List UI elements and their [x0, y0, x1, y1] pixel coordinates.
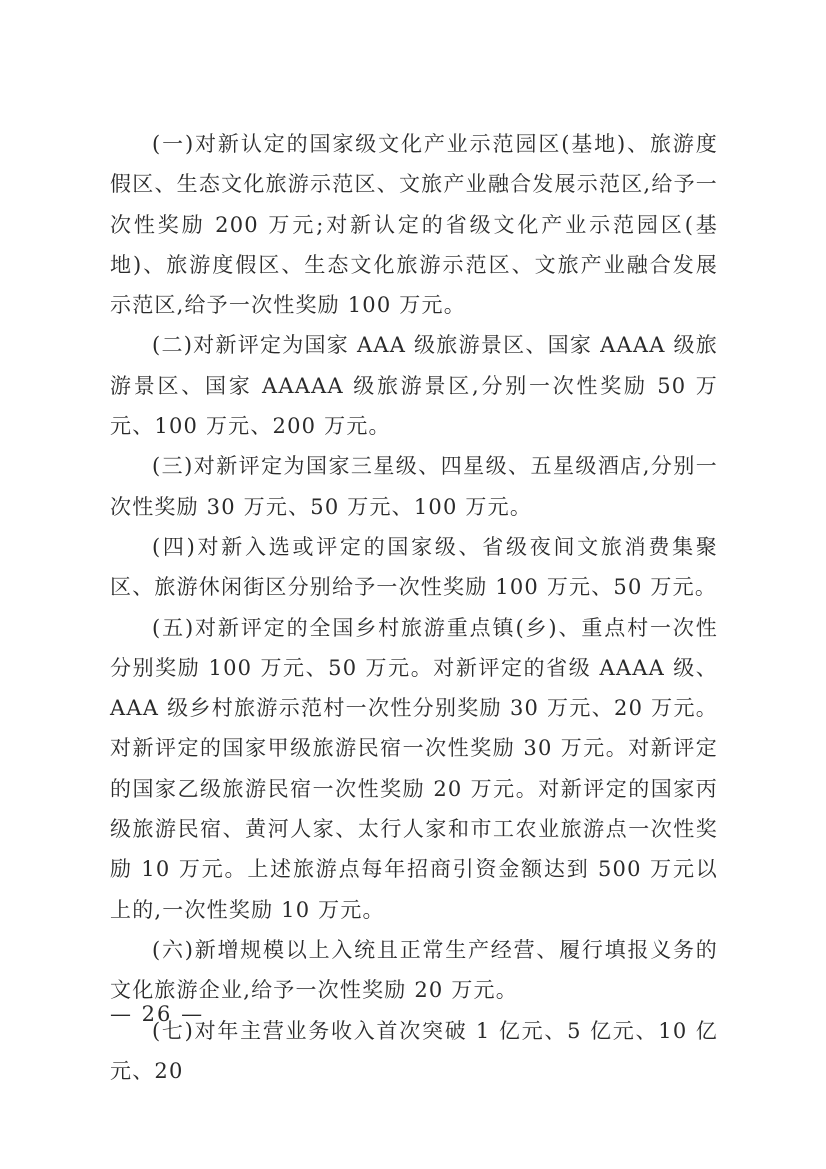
paragraph-item-1: (一)对新认定的国家级文化产业示范园区(基地)、旅游度假区、生态文化旅游示范区、… — [110, 124, 718, 325]
paragraph-item-6: (六)新增规模以上入统且正常生产经营、履行填报义务的文化旅游企业,给予一次性奖励… — [110, 930, 718, 1011]
document-page: (一)对新认定的国家级文化产业示范园区(基地)、旅游度假区、生态文化旅游示范区、… — [0, 0, 826, 1169]
document-body: (一)对新认定的国家级文化产业示范园区(基地)、旅游度假区、生态文化旅游示范区、… — [110, 124, 718, 1091]
paragraph-item-5: (五)对新评定的全国乡村旅游重点镇(乡)、重点村一次性分别奖励 100 万元、5… — [110, 608, 718, 930]
paragraph-item-4: (四)对新入选或评定的国家级、省级夜间文旅消费集聚区、旅游休闲街区分别给予一次性… — [110, 527, 718, 608]
page-number: — 26 — — [110, 1002, 204, 1026]
paragraph-item-3: (三)对新评定为国家三星级、四星级、五星级酒店,分别一次性奖励 30 万元、50… — [110, 446, 718, 527]
paragraph-item-2: (二)对新评定为国家 AAA 级旅游景区、国家 AAAA 级旅游景区、国家 AA… — [110, 325, 718, 446]
